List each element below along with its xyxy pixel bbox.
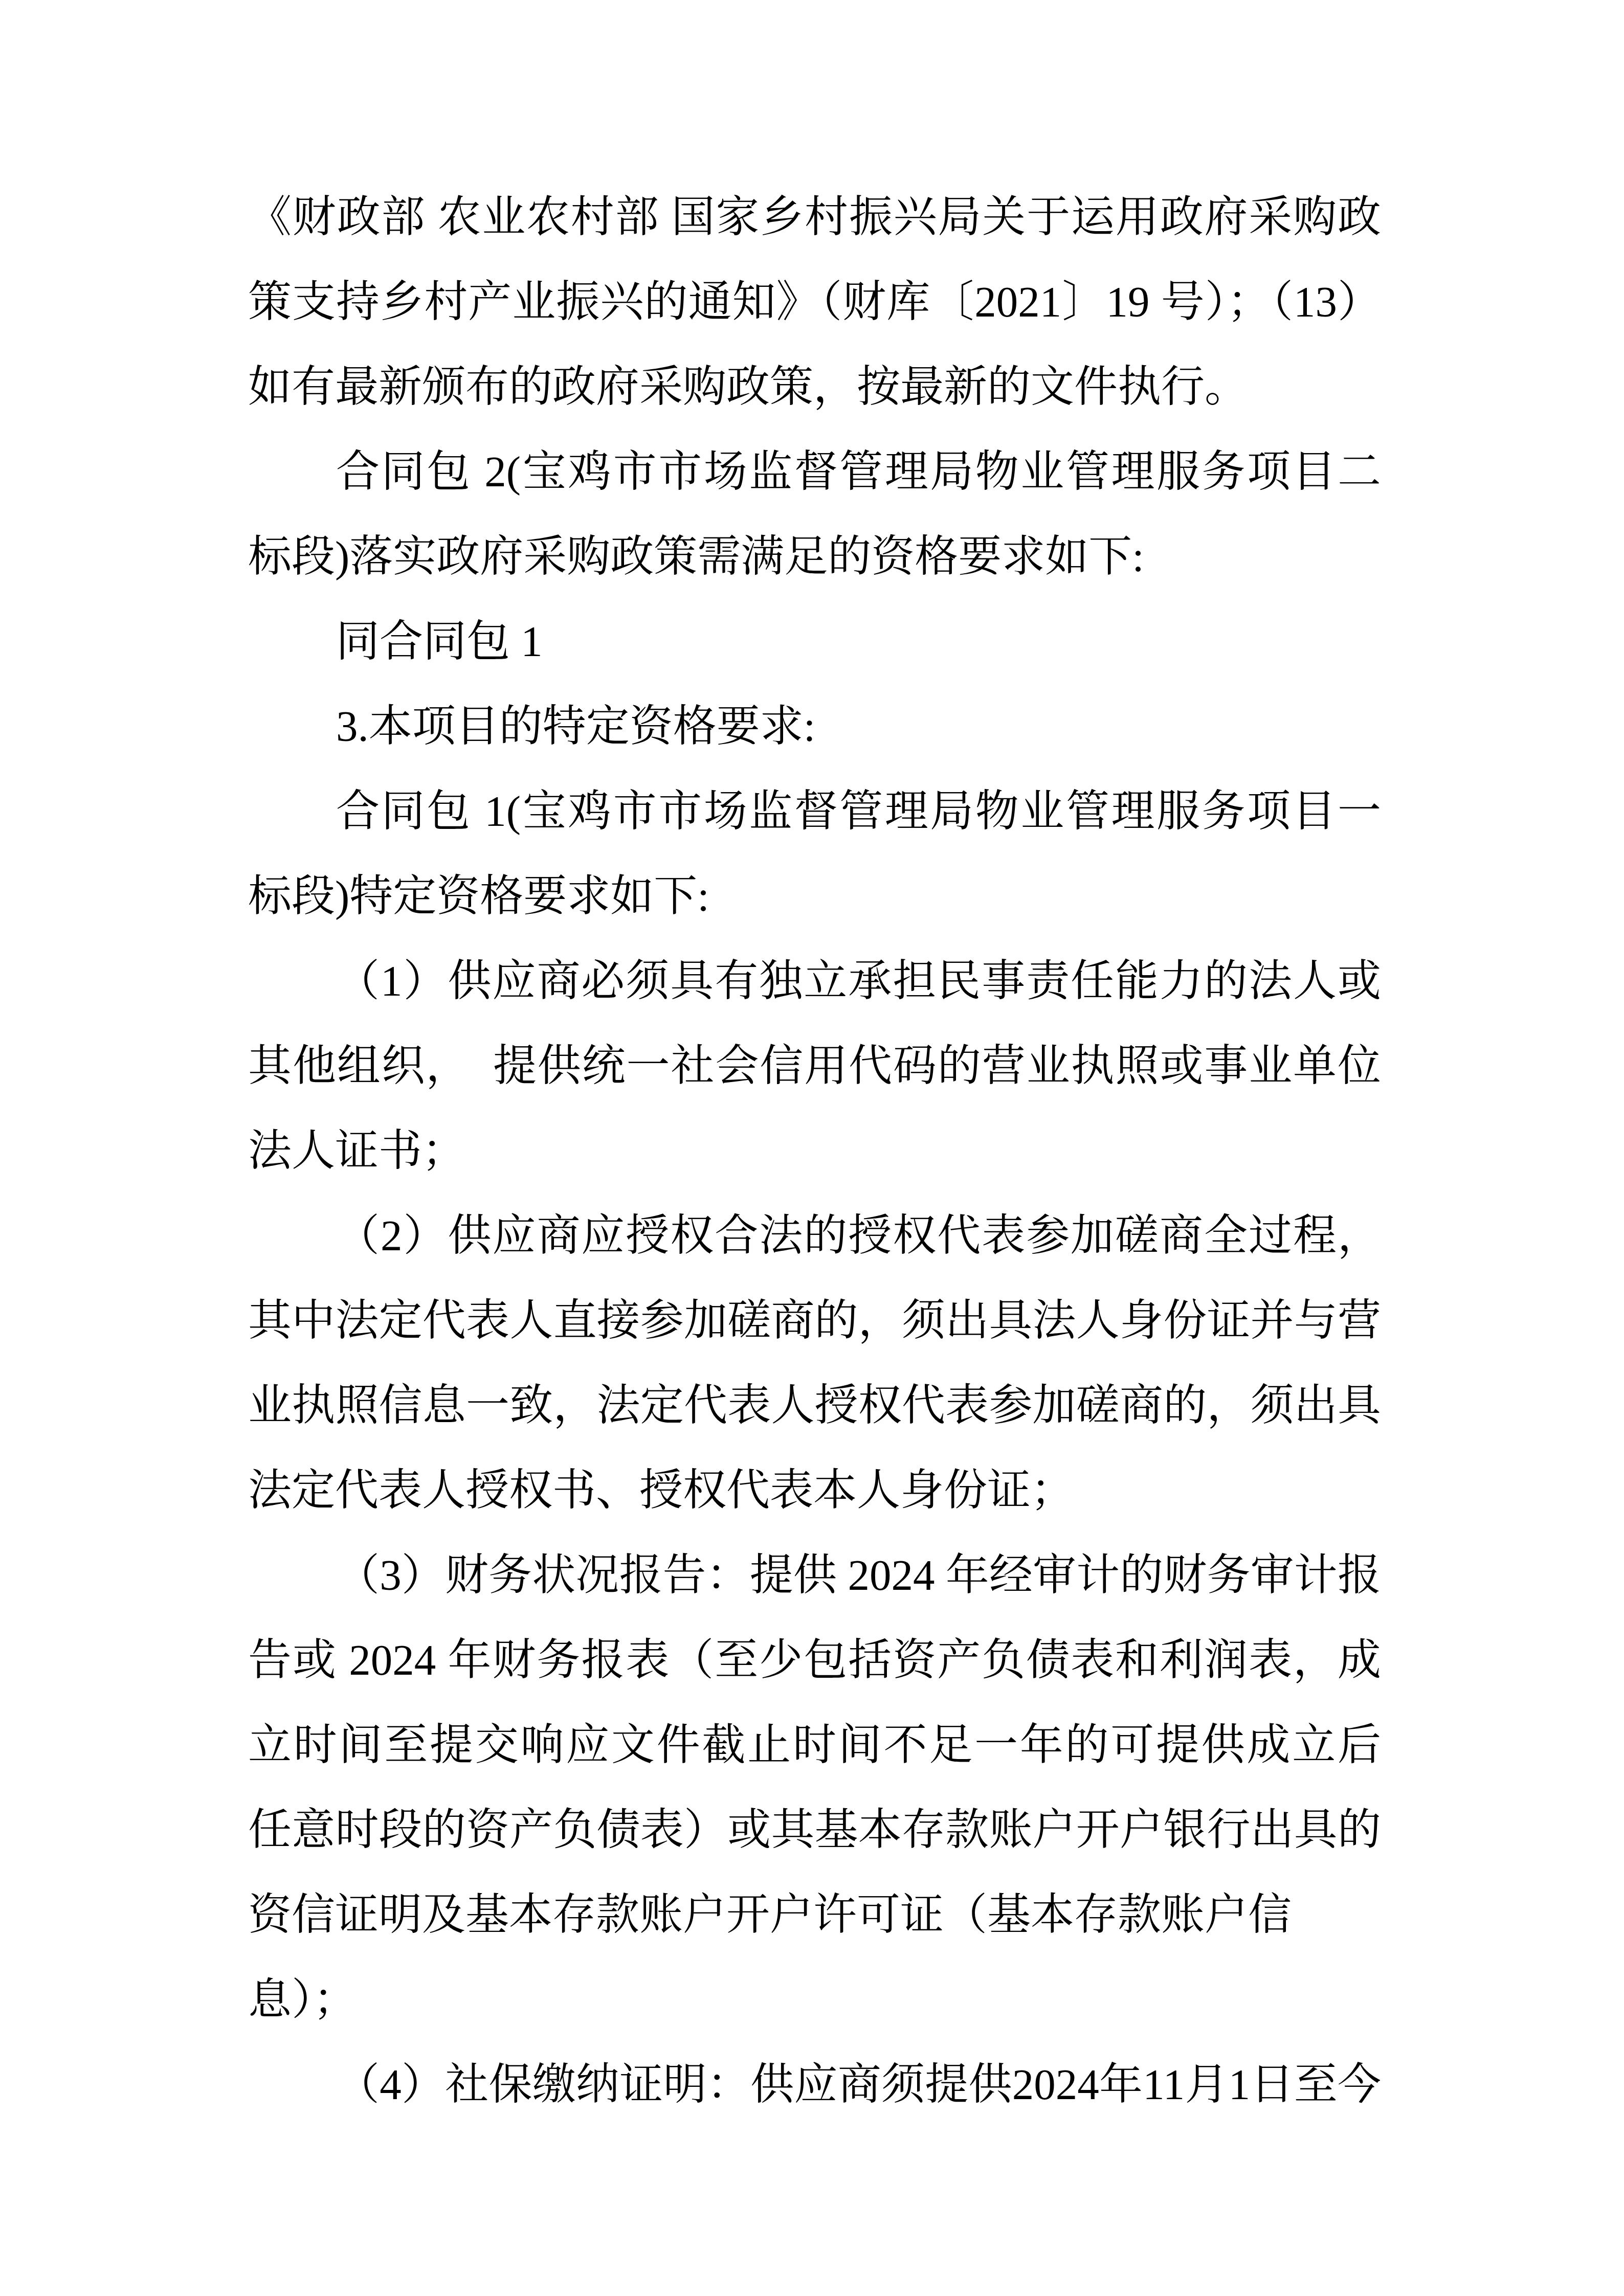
text-line: 3.本项目的特定资格要求: [248, 684, 1381, 769]
text-line: 《财政部 农业农村部 国家乡村振兴局关于运用政府采购政 [248, 175, 1381, 260]
document-page: 《财政部 农业农村部 国家乡村振兴局关于运用政府采购政策支持乡村产业振兴的通知》… [0, 0, 1624, 2296]
text-line: （4）社保缴纳证明：供应商须提供2024年11月1日至今 [248, 2042, 1381, 2127]
text-line: 法人证书； [248, 1109, 1381, 1194]
text-block: 《财政部 农业农村部 国家乡村振兴局关于运用政府采购政策支持乡村产业振兴的通知》… [248, 175, 1381, 2127]
text-line: 立时间至提交响应文件截止时间不足一年的可提供成立后 [248, 1703, 1381, 1788]
text-line: （2）供应商应授权合法的授权代表参加磋商全过程， [248, 1194, 1381, 1278]
text-line: 告或 2024 年财务报表（至少包括资产负债表和利润表，成 [248, 1618, 1381, 1703]
text-line: 业执照信息一致，法定代表人授权代表参加磋商的，须出具 [248, 1363, 1381, 1448]
text-line: 其中法定代表人直接参加磋商的，须出具法人身份证并与营 [248, 1278, 1381, 1363]
text-line: 合同包 1(宝鸡市市场监督管理局物业管理服务项目一 [248, 769, 1381, 854]
text-line: 法定代表人授权书、授权代表本人身份证； [248, 1448, 1381, 1533]
text-line: 如有最新颁布的政府采购政策，按最新的文件执行。 [248, 345, 1381, 430]
text-line: 标段)特定资格要求如下: [248, 854, 1381, 939]
text-line: 同合同包 1 [248, 599, 1381, 684]
text-line: （1）供应商必须具有独立承担民事责任能力的法人或 [248, 939, 1381, 1024]
text-line: 任意时段的资产负债表）或其基本存款账户开户银行出具的 [248, 1788, 1381, 1873]
text-line: 策支持乡村产业振兴的通知》（财库〔2021〕19 号）；（13） [248, 260, 1381, 345]
text-line: 合同包 2(宝鸡市市场监督管理局物业管理服务项目二 [248, 430, 1381, 514]
text-line: 资信证明及基本存款账户开户许可证（基本存款账户信息）； [248, 1873, 1381, 2042]
text-line: （3）财务状况报告：提供 2024 年经审计的财务审计报 [248, 1533, 1381, 1618]
text-line: 标段)落实政府采购政策需满足的资格要求如下: [248, 514, 1381, 599]
text-line: 其他组织， 提供统一社会信用代码的营业执照或事业单位 [248, 1024, 1381, 1109]
